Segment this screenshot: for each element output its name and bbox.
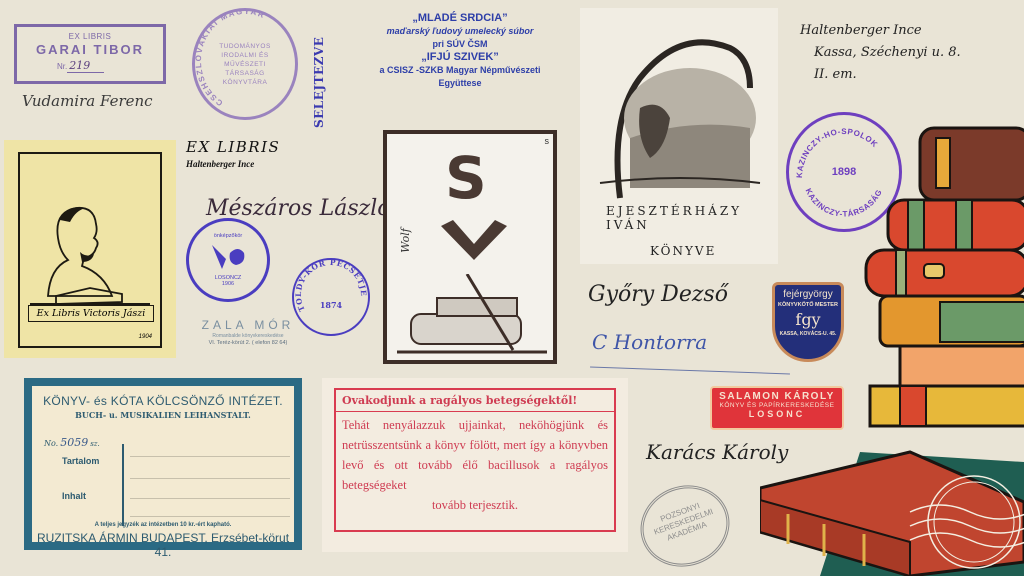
tree-landscape-illustration-icon: [580, 8, 778, 208]
book-stack-illustration-icon: [860, 124, 1024, 444]
kota-field-inhalt: Inhalt: [62, 491, 86, 501]
selejtezve-stamp: SELEJTEZVE: [312, 56, 342, 128]
losoncz-stamp: önképzőkör LOSONCZ 1906: [186, 218, 270, 302]
notice-title: Ovakodjunk a ragályos betegségektől!: [336, 390, 614, 412]
haltenberger-ex-libris-print: EX LIBRIS Haltenberger Ince: [186, 138, 280, 169]
sv-artist-signature: Wolf: [399, 228, 412, 253]
portrait-illustration-icon: [20, 168, 160, 318]
chevron-v-icon: [441, 220, 507, 260]
kota-kolcsonzo-card: KÖNYV- és KÓTA KÖLCSÖNZŐ INTÉZET. BUCH- …: [24, 378, 302, 550]
kota-field-tartalom: Tartalom: [62, 456, 99, 466]
signature-gyory: Győry Dezső: [588, 282, 728, 307]
handwritten-address: Haltenberger Ince Kassa, Széchenyi u. 8.…: [800, 20, 961, 86]
csehszlovakiai-stamp: CSEHSZLOVÁKIAI MAGYAR TUDOMÁNYOS IRODALM…: [192, 8, 298, 120]
signature-hontorra: C Hontorra: [592, 330, 707, 354]
kota-rule: [130, 516, 290, 517]
garai-number: Nr.219: [57, 59, 163, 72]
landscape-ex-libris: EJESZTÉRHÁZY IVÁN KÖNYVE: [580, 8, 778, 264]
kota-subtitle: BUCH- u. MUSIKALIEN LEIHANSTALT.: [32, 410, 294, 420]
signature-vudamira: Vudamira Ferenc: [22, 92, 153, 110]
jaszi-frame: Ex Libris Victoris Jászi 1904: [18, 152, 162, 348]
notice-body: Tehát nenyálazzuk ujjainkat, neköhögjünk…: [336, 412, 614, 518]
kota-rule: [130, 498, 290, 499]
sv-ex-libris: S s Wolf: [383, 130, 557, 364]
kota-number: No. 5059 sz.: [44, 436, 100, 449]
ring-text-icon: CSEHSZLOVÁKIAI MAGYAR: [192, 8, 298, 120]
jaszi-label: Ex Libris Victoris Jászi: [28, 305, 154, 322]
red-book-illustration-icon: [760, 442, 1024, 576]
salamon-karoly-label: SALAMON KÁROLY KÖNYV ÉS PAPÍRKERESKEDÉSE…: [710, 386, 844, 430]
kota-rule: [130, 456, 290, 457]
pozsonyi-akademia-stamp: POZSONYI KERESKEDELMI AKADÉMIA: [629, 473, 741, 576]
garai-tibor-stamp: EX LIBRIS GARAI TIBOR Nr.219: [14, 24, 166, 84]
owl-emblem-icon: [208, 239, 248, 275]
signature-meszaros: Mészáros László: [206, 196, 390, 221]
jaszi-year: 1904: [139, 334, 152, 340]
signature-underline: [590, 367, 790, 375]
zala-mor-stamp: ZALA MÓR Romanbalde könyvkereskedése VI.…: [188, 318, 308, 346]
kota-rule: [130, 478, 290, 479]
garai-line2: GARAI TIBOR: [17, 42, 163, 57]
kota-title: KÖNYV- és KÓTA KÖLCSÖNZŐ INTÉZET.: [32, 394, 294, 408]
landscape-konyve-text: KÖNYVE: [650, 244, 716, 258]
kota-note: A teljes jegyzék az intézetben 10 kr.-ér…: [32, 522, 294, 528]
kota-divider: [122, 444, 124, 526]
kota-address: RUZITSKA ÁRMIN BUDAPEST, Erzsébet-körut …: [32, 531, 294, 559]
hygiene-notice-label: Ovakodjunk a ragályos betegségektől! Teh…: [322, 378, 628, 552]
books-quill-icon: [397, 274, 547, 360]
svg-text:CSEHSZLOVÁKIAI MAGYAR: CSEHSZLOVÁKIAI MAGYAR: [194, 8, 267, 108]
fejer-gyorgy-badge: fejérgyörgy KÖNYVKÖTŐ MESTER fgy KASSA, …: [772, 282, 844, 362]
garai-line1: EX LIBRIS: [17, 32, 163, 41]
jaszi-ex-libris: Ex Libris Victoris Jászi 1904: [4, 140, 176, 358]
sv-letter-s: S: [445, 144, 487, 212]
landscape-banner-text: EJESZTÉRHÁZY IVÁN: [606, 204, 778, 232]
svg-text:TOLDY-KÖR PECSÉTJE: TOLDY-KÖR PECSÉTJE: [293, 258, 367, 313]
mlade-srdcia-stamp: „MLADÉ SRDCIA” maďarský ľudový umelecký …: [340, 12, 580, 90]
